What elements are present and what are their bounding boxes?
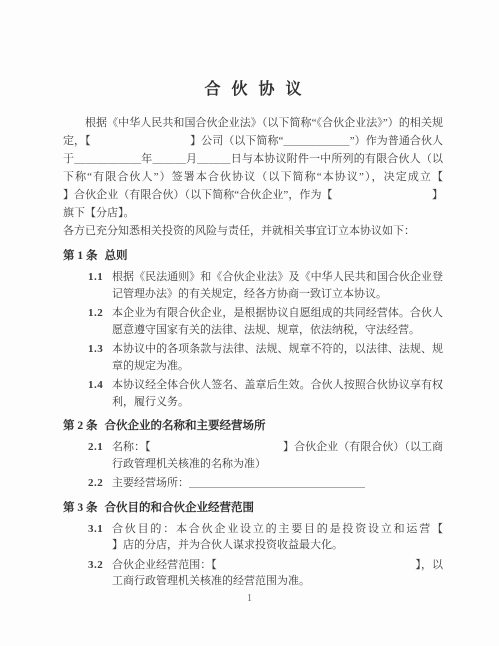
clause-number: 1.3	[88, 341, 112, 374]
clause-number: 1.2	[88, 305, 112, 338]
clause-number: 3.2	[88, 557, 112, 590]
clause-1-1: 1.1 根据《民法通则》和《合伙企业法》及《中华人民共和国合伙企业登记管理办法》…	[88, 269, 443, 302]
clause-text: 本协议经全体合伙人签名、盖章后生效。合伙人按照合伙协议享有权利，履行义务。	[112, 377, 443, 410]
document-title: 合伙协议	[63, 80, 443, 100]
clause-3-1: 3.1 合伙目的：本合伙企业设立的主要目的是投资设立和运营【 】店的分店，并为合…	[88, 521, 443, 554]
clause-1-2: 1.2 本企业为有限合伙企业，是根据协议自愿组成的共同经营体。合伙人愿意遵守国家…	[88, 305, 443, 338]
article-3-number: 第 3 条	[63, 502, 98, 514]
article-2-title: 合伙企业的名称和主要经营场所	[105, 420, 266, 432]
article-2-number: 第 2 条	[63, 420, 98, 432]
clause-number: 2.1	[88, 439, 112, 472]
article-1: 第 1 条总则 1.1 根据《民法通则》和《合伙企业法》及《中华人民共和国合伙企…	[63, 247, 443, 410]
clause-text: 本协议中的各项条款与法律、法规、规章不符的，以法律、法规、规章的规定为准。	[112, 341, 443, 374]
intro-closing-line: 各方已充分知悉相关投资的风险与责任，并就相关事宜订立本协议如下：	[63, 222, 443, 240]
article-1-heading: 第 1 条总则	[63, 247, 443, 265]
article-3: 第 3 条合伙目的和合伙企业经营范围 3.1 合伙目的：本合伙企业设立的主要目的…	[63, 499, 443, 590]
page-number: 1	[0, 590, 499, 608]
clause-1-4: 1.4 本协议经全体合伙人签名、盖章后生效。合伙人按照合伙协议享有权利，履行义务…	[88, 377, 443, 410]
clause-text: 合伙企业经营范围：【 】，以工商行政管理机关核准的经营范围为准。	[112, 557, 443, 590]
article-1-title: 总则	[105, 250, 128, 262]
article-3-title: 合伙目的和合伙企业经营范围	[105, 502, 255, 514]
clause-text: 合伙目的：本合伙企业设立的主要目的是投资设立和运营【 】店的分店，并为合伙人谋求…	[112, 521, 443, 554]
clause-text: 名称：【 】合伙企业（有限合伙）（以工商行政管理机关核准的名称为准）	[112, 439, 443, 472]
clause-number: 3.1	[88, 521, 112, 554]
article-3-heading: 第 3 条合伙目的和合伙企业经营范围	[63, 499, 443, 517]
document-page: 合伙协议 根据《中华人民共和国合伙企业法》（以下简称“《合伙企业法》”）的相关规…	[0, 0, 499, 646]
clause-text: 本企业为有限合伙企业，是根据协议自愿组成的共同经营体。合伙人愿意遵守国家有关的法…	[112, 305, 443, 338]
clause-2-1: 2.1 名称：【 】合伙企业（有限合伙）（以工商行政管理机关核准的名称为准）	[88, 439, 443, 472]
clause-number: 1.4	[88, 377, 112, 410]
clause-2-2: 2.2 主要经营场所：＿＿＿＿＿＿＿＿＿＿＿＿＿＿＿＿	[88, 475, 443, 492]
clause-3-2: 3.2 合伙企业经营范围：【 】，以工商行政管理机关核准的经营范围为准。	[88, 557, 443, 590]
article-1-number: 第 1 条	[63, 250, 98, 262]
intro-paragraph: 根据《中华人民共和国合伙企业法》（以下简称“《合伙企业法》”）的相关规定，【 】…	[63, 114, 443, 222]
clause-text: 根据《民法通则》和《合伙企业法》及《中华人民共和国合伙企业登记管理办法》的有关规…	[112, 269, 443, 302]
clause-number: 2.2	[88, 475, 112, 492]
article-2-heading: 第 2 条合伙企业的名称和主要经营场所	[63, 417, 443, 435]
article-2: 第 2 条合伙企业的名称和主要经营场所 2.1 名称：【 】合伙企业（有限合伙）…	[63, 417, 443, 492]
clause-1-3: 1.3 本协议中的各项条款与法律、法规、规章不符的，以法律、法规、规章的规定为准…	[88, 341, 443, 374]
clause-text: 主要经营场所：＿＿＿＿＿＿＿＿＿＿＿＿＿＿＿＿	[112, 475, 443, 492]
clause-number: 1.1	[88, 269, 112, 302]
